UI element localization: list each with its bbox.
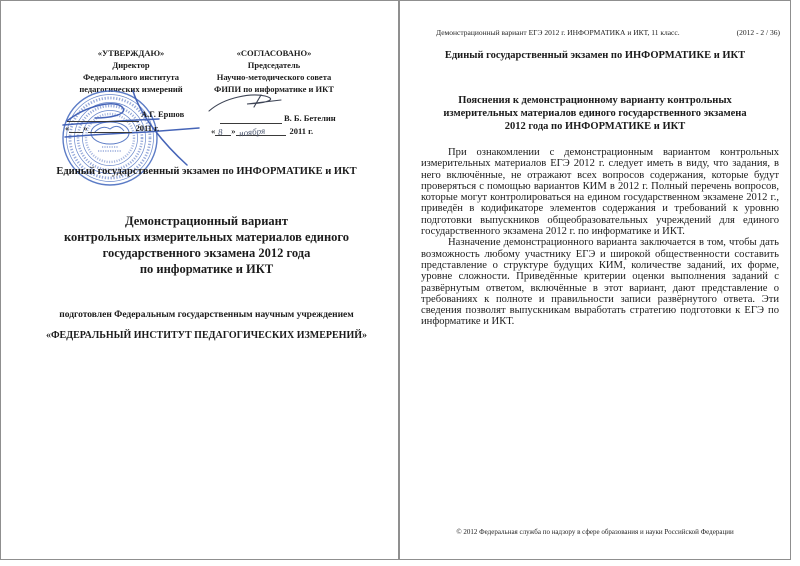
page-1: «УТВЕРЖДАЮ» Директор Федерального инстит…: [0, 0, 399, 560]
exam-title-line: Единый государственный экзамен по ИНФОРМ…: [15, 166, 398, 177]
running-header: Демонстрационный вариант ЕГЭ 2012 г. ИНФ…: [436, 28, 780, 37]
agreement-date-line: « 8 » ноября 2011 г.: [211, 126, 313, 136]
date-day-blank: [69, 123, 83, 133]
paragraph-2: Назначение демонстрационного варианта за…: [421, 237, 779, 327]
betelin-signature-icon: [205, 91, 291, 117]
exam-title-line: Единый государственный экзамен по ИНФОРМ…: [408, 50, 782, 61]
handwritten-day: 8: [218, 127, 224, 137]
approval-date-line: « » 2011 г.: [65, 123, 159, 133]
section-subtitle: Пояснения к демонстрационному варианту к…: [408, 94, 782, 133]
agreement-role: Председатель: [187, 59, 361, 71]
approver-name: А.Г. Ершов: [141, 109, 184, 119]
agreement-block: «СОГЛАСОВАНО» Председатель Научно-методи…: [187, 47, 361, 95]
agreement-heading: «СОГЛАСОВАНО»: [187, 47, 361, 59]
title-line: Демонстрационный вариант: [15, 213, 398, 229]
date-month-blank: ноября: [236, 126, 286, 136]
body-text: При ознакомлении с демонстрационным вари…: [421, 147, 779, 328]
date-day-blank: 8: [215, 126, 231, 136]
prepared-by-line: подготовлен Федеральным государственным …: [15, 310, 398, 320]
handwritten-month: ноября: [238, 126, 265, 139]
title-line: контрольных измерительных материалов еди…: [15, 229, 398, 245]
agreer-name: В. Б. Бетелин: [284, 113, 336, 123]
title-line: государственного экзамена 2012 года: [15, 245, 398, 261]
agreement-org-line1: Научно-методического совета: [187, 71, 361, 83]
official-seal-icon: [57, 85, 209, 197]
copyright-footer: © 2012 Федеральная служба по надзору в с…: [400, 528, 790, 536]
title-line: по информатике и ИКТ: [15, 261, 398, 277]
signature-line: [220, 123, 282, 124]
subtitle-line: Пояснения к демонстрационному варианту к…: [408, 94, 782, 107]
page-2: Демонстрационный вариант ЕГЭ 2012 г. ИНФ…: [399, 0, 791, 560]
paragraph-1: При ознакомлении с демонстрационным вари…: [421, 147, 779, 237]
signature-line: [67, 121, 139, 122]
agreement-year: 2011 г.: [290, 126, 314, 136]
institution-name-line: «ФЕДЕРАЛЬНЫЙ ИНСТИТУТ ПЕДАГОГИЧЕСКИХ ИЗМ…: [15, 330, 398, 341]
approval-year: 2011 г.: [136, 123, 160, 133]
running-header-title: Демонстрационный вариант ЕГЭ 2012 г. ИНФ…: [436, 28, 680, 37]
subtitle-line: измерительных материалов единого государ…: [408, 107, 782, 120]
subtitle-line: 2012 года по ИНФОРМАТИКЕ и ИКТ: [408, 120, 782, 133]
document-main-title: Демонстрационный вариант контрольных изм…: [15, 213, 398, 277]
page-number-indicator: (2012 - 2 / 36): [737, 28, 780, 37]
document-spread: «УТВЕРЖДАЮ» Директор Федерального инстит…: [0, 0, 800, 560]
date-month-blank: [88, 123, 132, 133]
